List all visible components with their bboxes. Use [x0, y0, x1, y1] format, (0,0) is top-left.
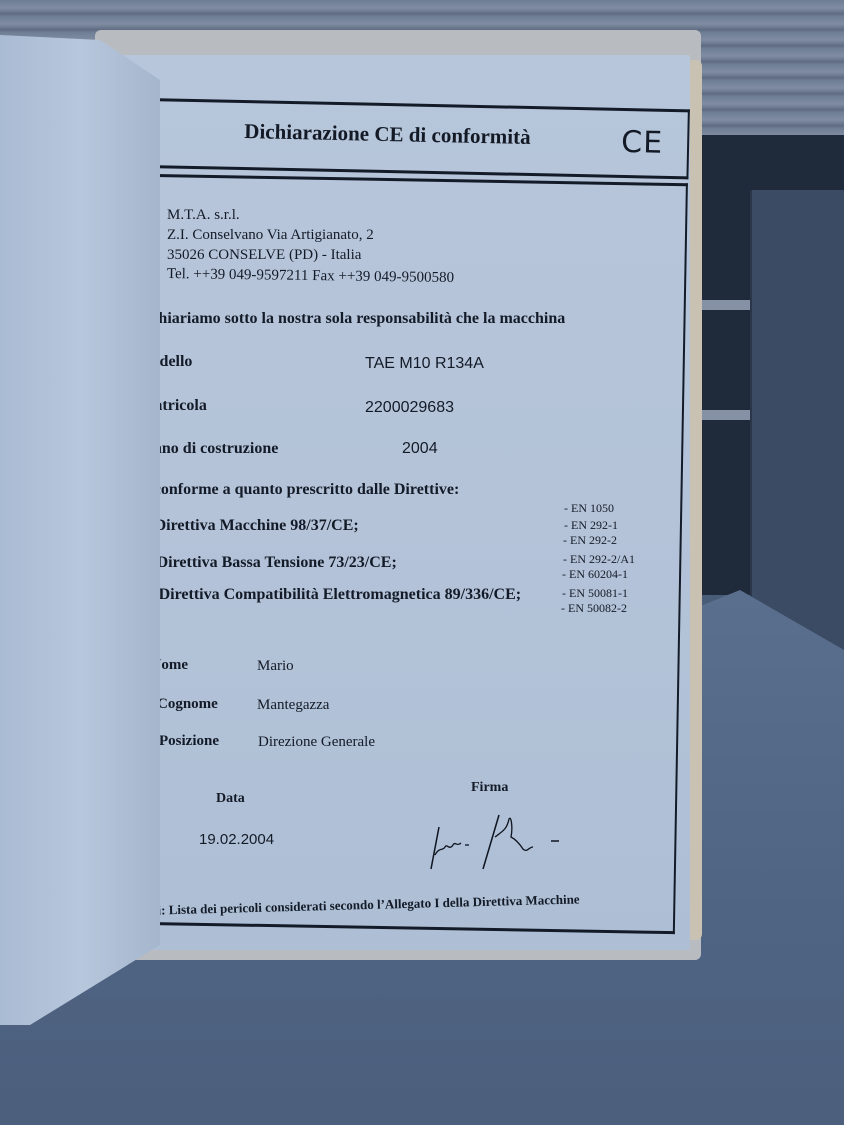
company-address-1: Z.I. Conselvano Via Artigianato, 2 [167, 227, 374, 244]
standard-item: - EN 50081-1 [562, 586, 628, 601]
date-value: 19.02.2004 [199, 831, 274, 848]
surname-value: Mantegazza [257, 697, 329, 714]
position-value: Direzione Generale [258, 734, 375, 751]
model-value: TAE M10 R134A [365, 355, 484, 373]
page-title: Dichiarazione CE di conformità [244, 119, 531, 150]
directive-item: • Direttiva Bassa Tensione 73/23/CE; [147, 554, 397, 572]
standard-item: - EN 292-2 [563, 533, 617, 548]
header-box: Dichiarazione CE di conformità CE [99, 97, 690, 179]
standard-item: - EN 1050 [564, 501, 614, 516]
company-name: M.T.A. s.r.l. [167, 207, 240, 224]
ce-mark-icon: CE [621, 125, 664, 161]
position-label: Posizione [159, 733, 219, 750]
directive-item: • Direttiva Macchine 98/37/CE; [145, 517, 359, 535]
directive-item: • Direttiva Compatibilità Elettromagneti… [149, 586, 521, 604]
date-label: Data [216, 791, 245, 807]
section-b-heading: b) Dichiariamo sotto la nostra sola resp… [118, 310, 565, 328]
year-value: 2004 [402, 440, 438, 458]
surname-label: Cognome [157, 696, 218, 713]
standard-item: - EN 50082-2 [561, 601, 627, 616]
company-address-2: 35026 CONSELVE (PD) - Italia [167, 247, 361, 264]
signature-icon [425, 807, 575, 877]
signature-label: Firma [471, 780, 508, 796]
serial-number-value: 2200029683 [365, 399, 454, 417]
standard-item: - EN 292-1 [564, 518, 618, 533]
first-name-value: Mario [257, 658, 294, 675]
standard-item: - EN 60204-1 [562, 567, 628, 582]
standard-item: - EN 292-2/A1 [563, 552, 635, 567]
declaration-page: Dichiarazione CE di conformità CE a) Noi… [100, 55, 690, 950]
left-page [0, 35, 160, 1025]
background-cabinet [750, 190, 844, 660]
section-f-heading: f) è conforme a quanto prescritto dalle … [128, 481, 459, 499]
